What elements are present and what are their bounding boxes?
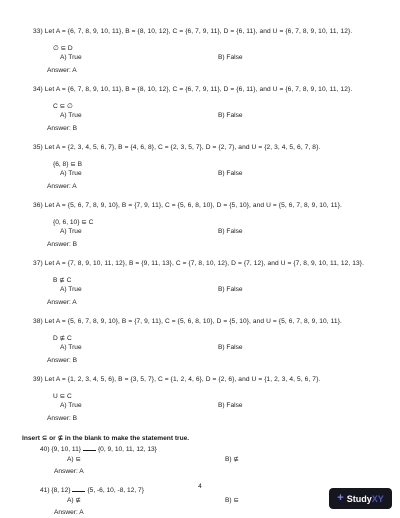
left-set: {9, 10, 11} xyxy=(51,446,81,453)
question-setup-text: Let A = {5, 6, 7, 8, 9, 10}, B = {7, 9, … xyxy=(45,318,342,325)
question-setup-text: Let A = {1, 2, 3, 4, 5, 6}, B = {3, 5, 7… xyxy=(45,376,321,383)
question-options: A) ⊆ B) ⊈ xyxy=(40,455,382,464)
option-a: A) True xyxy=(60,54,82,61)
question-statement: ∅ ⊆ D xyxy=(53,44,382,52)
option-a: A) True xyxy=(60,112,82,119)
question-setup: 39) Let A = {1, 2, 3, 4, 5, 6}, B = {3, … xyxy=(33,376,382,383)
question-34: 34) Let A = {6, 7, 8, 9, 10, 11}, B = {8… xyxy=(33,86,382,132)
question-setup-text: Let A = {5, 6, 7, 8, 9, 10}, B = {7, 9, … xyxy=(45,202,342,209)
question-setup-text: Let A = {6, 7, 8, 9, 10, 11}, B = {8, 10… xyxy=(45,86,352,93)
logo-study-text: Study xyxy=(347,494,372,504)
section-instruction: Insert ⊆ or ⊈ in the blank to make the s… xyxy=(22,434,382,442)
option-b: B) False xyxy=(218,170,243,177)
option-a: A) ⊆ xyxy=(67,455,81,463)
answer-line: Answer: A xyxy=(47,299,382,306)
question-number: 36) xyxy=(33,202,43,209)
question-options: A) True B) False xyxy=(33,112,382,121)
option-a: A) True xyxy=(60,170,82,177)
question-40: 40) {9, 10, 11}{0, 9, 10, 11, 12, 13} A)… xyxy=(40,444,382,475)
question-options: A) True B) False xyxy=(33,54,382,63)
option-a: A) True xyxy=(60,228,82,235)
question-37: 37) Let A = {7, 8, 9, 10, 11, 12}, B = {… xyxy=(33,260,382,306)
question-statement: {6, 8} ⊆ B xyxy=(53,160,382,168)
answer-line: Answer: A xyxy=(47,67,382,74)
option-a: A) True xyxy=(60,402,82,409)
option-b: B) ⊈ xyxy=(225,455,239,463)
question-setup: 33) Let A = {6, 7, 8, 9, 10, 11}, B = {8… xyxy=(33,28,382,35)
question-number: 37) xyxy=(33,260,43,267)
question-number: 35) xyxy=(33,144,43,151)
answer-blank xyxy=(83,444,96,451)
option-b: B) ⊆ xyxy=(225,496,239,504)
right-set: {0, 9, 10, 11, 12, 13} xyxy=(98,446,157,453)
question-number: 39) xyxy=(33,376,43,383)
option-b: B) False xyxy=(218,228,243,235)
option-b: B) False xyxy=(218,344,243,351)
question-setup-text: Let A = {7, 8, 9, 10, 11, 12}, B = {9, 1… xyxy=(45,260,364,267)
question-number: 34) xyxy=(33,86,43,93)
plus-icon: + xyxy=(337,493,343,504)
logo-xy-text: XY xyxy=(372,494,384,504)
logo-text: StudyXY xyxy=(347,494,384,504)
answer-line: Answer: A xyxy=(54,468,382,475)
answer-line: Answer: A xyxy=(54,509,382,516)
question-setup-text: Let A = {6, 7, 8, 9, 10, 11}, B = {8, 10… xyxy=(45,28,352,35)
question-statement: D ⊈ C xyxy=(53,334,382,342)
question-33: 33) Let A = {6, 7, 8, 9, 10, 11}, B = {8… xyxy=(33,28,382,74)
option-b: B) False xyxy=(218,402,243,409)
option-b: B) False xyxy=(218,286,243,293)
question-options: A) True B) False xyxy=(33,228,382,237)
option-a: A) True xyxy=(60,344,82,351)
answer-line: Answer: B xyxy=(47,241,382,248)
option-b: B) False xyxy=(218,112,243,119)
question-setup: 40) {9, 10, 11}{0, 9, 10, 11, 12, 13} xyxy=(40,444,382,453)
question-options: A) True B) False xyxy=(33,286,382,295)
question-options: A) True B) False xyxy=(33,170,382,179)
question-setup: 37) Let A = {7, 8, 9, 10, 11, 12}, B = {… xyxy=(33,260,382,267)
question-number: 40) xyxy=(40,446,50,453)
answer-line: Answer: A xyxy=(47,183,382,190)
answer-line: Answer: B xyxy=(47,125,382,132)
question-setup: 35) Let A = {2, 3, 4, 5, 6, 7}, B = {4, … xyxy=(33,144,382,151)
document-page: 33) Let A = {6, 7, 8, 9, 10, 11}, B = {8… xyxy=(0,0,400,518)
question-options: A) True B) False xyxy=(33,402,382,411)
question-36: 36) Let A = {5, 6, 7, 8, 9, 10}, B = {7,… xyxy=(33,202,382,248)
answer-line: Answer: B xyxy=(47,357,382,364)
question-setup: 38) Let A = {5, 6, 7, 8, 9, 10}, B = {7,… xyxy=(33,318,382,325)
studyxy-logo: + StudyXY xyxy=(329,488,392,509)
option-a: A) ⊈ xyxy=(67,496,81,504)
question-39: 39) Let A = {1, 2, 3, 4, 5, 6}, B = {3, … xyxy=(33,376,382,422)
question-number: 38) xyxy=(33,318,43,325)
question-number: 33) xyxy=(33,28,43,35)
question-statement: B ⊈ C xyxy=(53,276,382,284)
answer-line: Answer: B xyxy=(47,415,382,422)
question-statement: C ⊆ ∅ xyxy=(53,102,382,110)
question-statement: {0, 6, 10} ⊆ C xyxy=(53,218,382,226)
question-setup: 36) Let A = {5, 6, 7, 8, 9, 10}, B = {7,… xyxy=(33,202,382,209)
questions-list: 33) Let A = {6, 7, 8, 9, 10, 11}, B = {8… xyxy=(33,28,382,518)
question-35: 35) Let A = {2, 3, 4, 5, 6, 7}, B = {4, … xyxy=(33,144,382,190)
question-options: A) True B) False xyxy=(33,344,382,353)
option-b: B) False xyxy=(218,54,243,61)
question-setup: 34) Let A = {6, 7, 8, 9, 10, 11}, B = {8… xyxy=(33,86,382,93)
question-setup-text: Let A = {2, 3, 4, 5, 6, 7}, B = {4, 6, 8… xyxy=(45,144,321,151)
option-a: A) True xyxy=(60,286,82,293)
question-38: 38) Let A = {5, 6, 7, 8, 9, 10}, B = {7,… xyxy=(33,318,382,364)
question-statement: U ⊆ C xyxy=(53,392,382,400)
